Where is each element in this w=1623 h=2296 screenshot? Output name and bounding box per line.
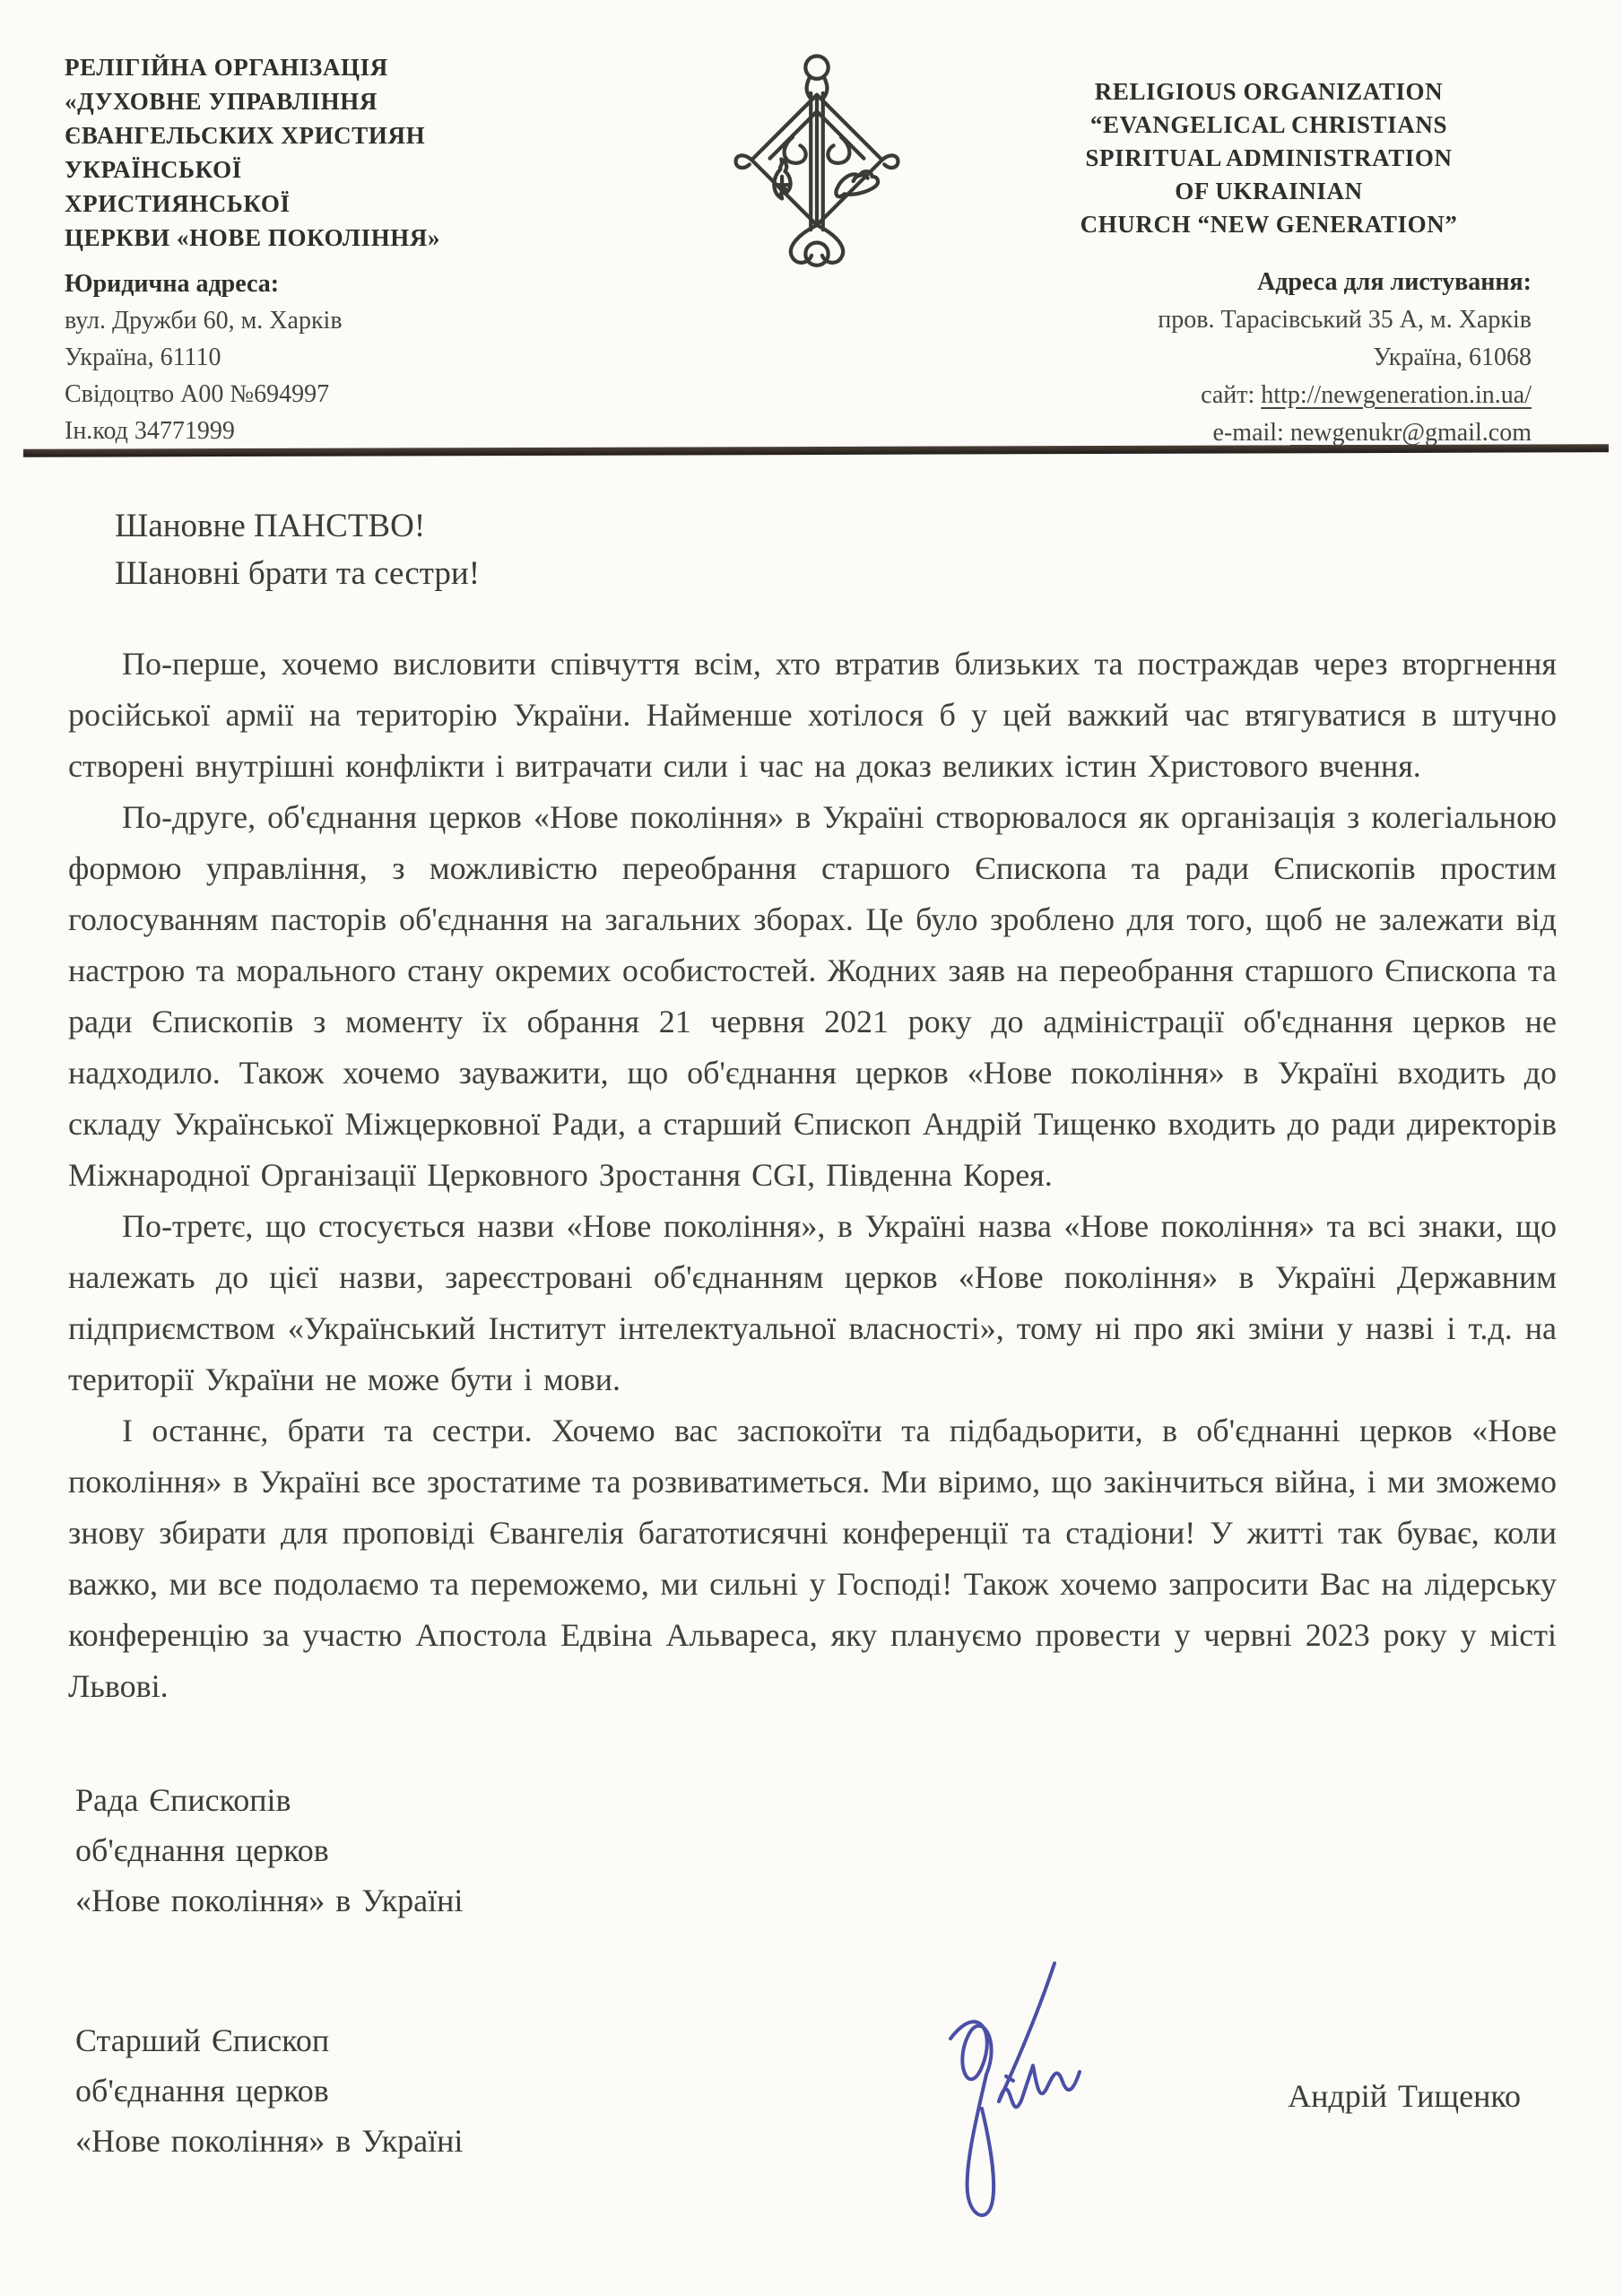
council-line: «Нове покоління» в Україні	[75, 1875, 1557, 1926]
paragraph-third: По-третє, що стосується назви «Нове поко…	[68, 1201, 1557, 1405]
legal-address-line: Україна, 61110	[65, 339, 531, 376]
org-name-en-line: “EVANGELICAL CHRISTIANS	[991, 109, 1547, 142]
org-name-uk-line: ЦЕРКВИ «НОВЕ ПОКОЛІННЯ»	[65, 221, 450, 255]
org-name-en-line: OF UKRAINIAN	[991, 175, 1547, 208]
cross-flame-dove-icon	[733, 47, 900, 276]
church-emblem-logo	[733, 47, 900, 276]
legal-address-title: Юридична адреса:	[65, 265, 531, 302]
paragraph-first: По-перше, хочемо висловити співчуття всі…	[68, 639, 1557, 792]
website-row: сайт: http://newgeneration.in.ua/	[940, 377, 1532, 414]
legal-address-block: Юридична адреса: вул. Дружби 60, м. Харк…	[65, 265, 531, 449]
paragraph-fourth: І останнє, брати та сестри. Хочемо вас з…	[68, 1405, 1557, 1712]
bishop-signature-block: Старший Єпископ об'єднання церков «Нове …	[75, 2015, 1557, 2166]
signer-name: Андрій Тищенко	[1288, 2071, 1521, 2121]
mailing-address-line: пров. Тарасівський 35 А, м. Харків	[940, 301, 1532, 339]
letter-body: По-перше, хочемо висловити співчуття всі…	[68, 639, 1557, 2166]
email-link[interactable]: newgenukr@gmail.com	[1290, 419, 1532, 447]
mailing-address-line: Україна, 61068	[940, 339, 1532, 377]
org-name-uk-line: ЄВАНГЕЛЬСКИХ ХРИСТИЯН	[65, 118, 450, 152]
website-link[interactable]: http://newgeneration.in.ua/	[1261, 381, 1532, 409]
org-name-uk-line: РЕЛІГІЙНА ОРГАНІЗАЦІЯ	[65, 50, 450, 84]
org-name-en-line: SPIRITUAL ADMINISTRATION	[991, 142, 1547, 175]
council-line: об'єднання церков	[75, 1825, 1557, 1875]
org-name-uk-line: «ДУХОВНЕ УПРАВЛІННЯ	[65, 84, 450, 118]
legal-address-line: Ін.код 34771999	[65, 413, 531, 449]
paragraph-second: По-друге, об'єднання церков «Нове поколі…	[68, 792, 1557, 1201]
salutation: Шановне ПАНСТВО! Шановні брати та сестри…	[115, 502, 480, 597]
bishop-line: «Нове покоління» в Україні	[75, 2116, 1557, 2166]
council-line: Рада Єпископів	[75, 1775, 1557, 1825]
org-name-english: RELIGIOUS ORGANIZATION “EVANGELICAL CHRI…	[991, 75, 1547, 241]
org-name-uk-line: УКРАЇНСЬКОЇ ХРИСТИЯНСЬКОЇ	[65, 152, 450, 221]
bishop-line: Старший Єпископ	[75, 2015, 1557, 2066]
salutation-line: Шановне ПАНСТВО!	[115, 502, 480, 550]
legal-address-line: Свідоцтво А00 №694997	[65, 376, 531, 413]
salutation-line: Шановні брати та сестри!	[115, 550, 480, 597]
org-name-en-line: RELIGIOUS ORGANIZATION	[991, 75, 1547, 109]
website-label: сайт:	[1201, 381, 1261, 409]
letter-page: РЕЛІГІЙНА ОРГАНІЗАЦІЯ «ДУХОВНЕ УПРАВЛІНН…	[0, 0, 1623, 2296]
legal-address-line: вул. Дружби 60, м. Харків	[65, 302, 531, 339]
mailing-address-title: Адреса для листування:	[940, 264, 1532, 301]
council-signature-block: Рада Єпископів об'єднання церков «Нове п…	[75, 1775, 1557, 1926]
mailing-address-block: Адреса для листування: пров. Тарасівськи…	[940, 264, 1532, 452]
email-label: e-mail:	[1213, 419, 1290, 447]
org-name-ukrainian: РЕЛІГІЙНА ОРГАНІЗАЦІЯ «ДУХОВНЕ УПРАВЛІНН…	[65, 50, 450, 255]
org-name-en-line: CHURCH “NEW GENERATION”	[991, 208, 1547, 241]
